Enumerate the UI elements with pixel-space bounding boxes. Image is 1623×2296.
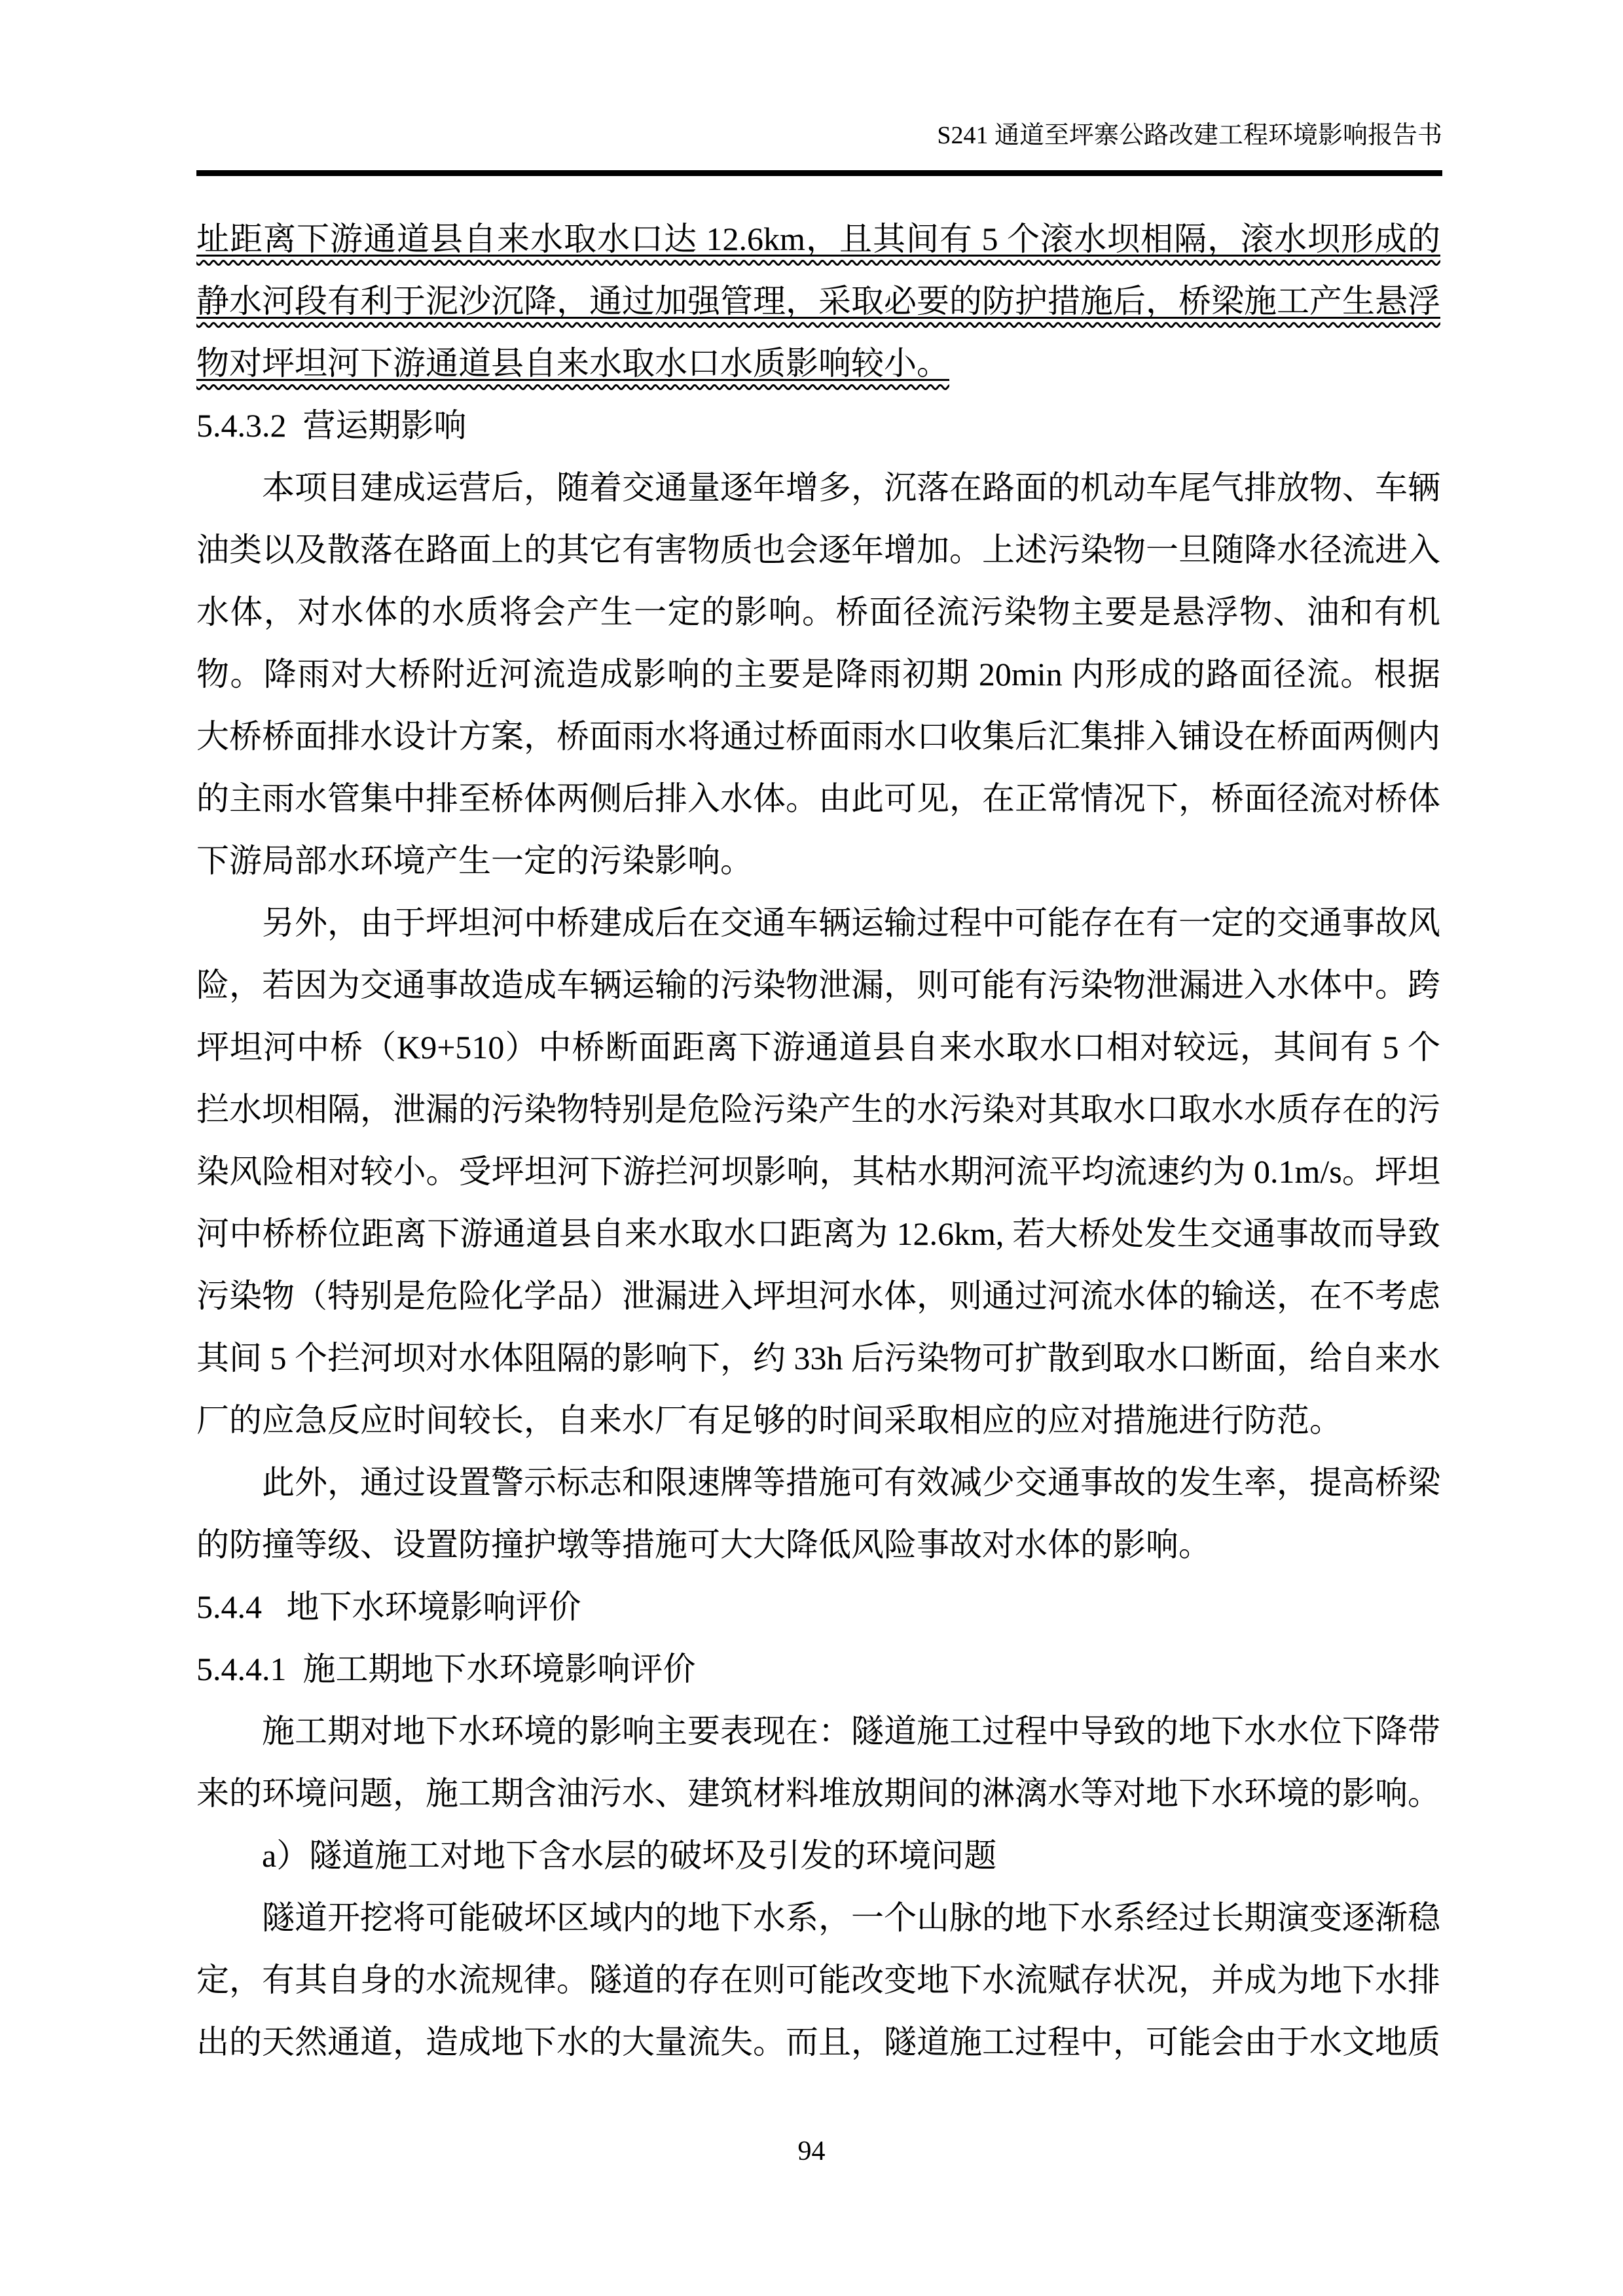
paragraph-underlined-continuation: 址距离下游通道县自来水取水口达 12.6km，且其间有 5 个滚水坝相隔，滚水坝… xyxy=(196,208,1440,395)
document-body: 址距离下游通道县自来水取水口达 12.6km，且其间有 5 个滚水坝相隔，滚水坝… xyxy=(196,208,1440,2073)
page-header-title: S241 通道至坪寨公路改建工程环境影响报告书 xyxy=(196,121,1442,151)
paragraph-accident-risk: 另外，由于坪坦河中桥建成后在交通车辆运输过程中可能存在有一定的交通事故风险，若因… xyxy=(196,892,1440,1452)
paragraph-prevention-measures: 此外，通过设置警示标志和限速牌等措施可有效减少交通事故的发生率，提高桥梁的防撞等… xyxy=(196,1452,1440,1576)
subitem-a-tunnel-aquifer: a）隧道施工对地下含水层的破坏及引发的环境问题 xyxy=(196,1825,1440,1887)
wavy-underline-wrap: 址距离下游通道县自来水取水口达 12.6km，且其间有 5 个滚水坝相隔，滚水坝… xyxy=(196,221,1440,382)
heading-5-4-3-2: 5.4.3.2 营运期影响 xyxy=(196,395,1440,457)
paragraph-operation-impact: 本项目建成运营后，随着交通量逐年增多，沉落在路面的机动车尾气排放物、车辆油类以及… xyxy=(196,457,1440,892)
page-number: 94 xyxy=(0,2135,1623,2168)
paragraph-groundwater-construction: 施工期对地下水环境的影响主要表现在：隧道施工过程中导致的地下水水位下降带来的环境… xyxy=(196,1700,1440,1825)
header-rule xyxy=(196,170,1442,176)
document-page: S241 通道至坪寨公路改建工程环境影响报告书 址距离下游通道县自来水取水口达 … xyxy=(0,0,1623,2296)
heading-5-4-4-1: 5.4.4.1 施工期地下水环境影响评价 xyxy=(196,1638,1440,1700)
underlined-text: 址距离下游通道县自来水取水口达 12.6km，且其间有 5 个滚水坝相隔，滚水坝… xyxy=(196,221,1440,382)
paragraph-tunnel-excavation: 隧道开挖将可能破坏区域内的地下水系，一个山脉的地下水系经过长期演变逐渐稳定，有其… xyxy=(196,1887,1440,2073)
heading-5-4-4: 5.4.4 地下水环境影响评价 xyxy=(196,1576,1440,1638)
